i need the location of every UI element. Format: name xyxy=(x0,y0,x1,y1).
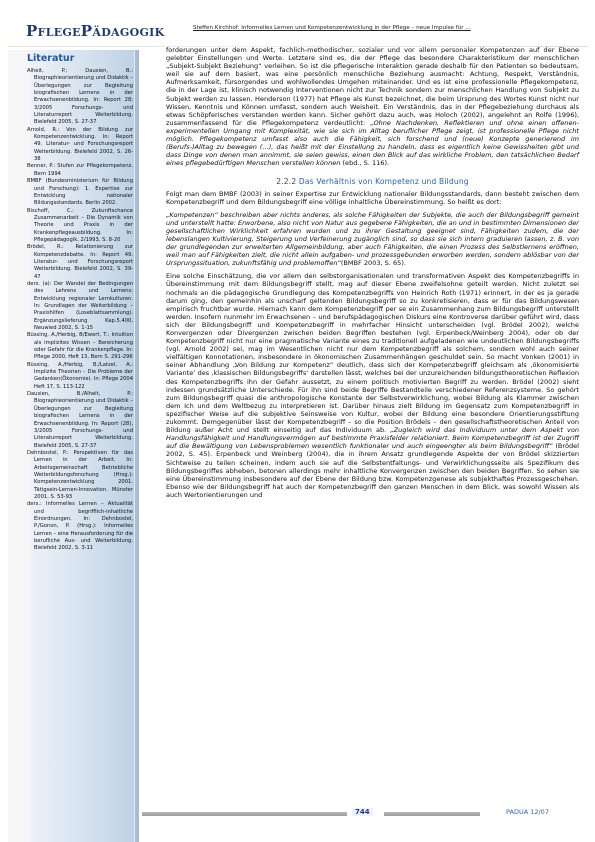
reference-item: Dehnbostel, P.: Perspektiven für das Ler… xyxy=(27,450,133,501)
reference-item: Alheit, P.; Dausien, B.: Biographieorien… xyxy=(27,68,133,127)
footer-rule-right xyxy=(384,812,480,816)
reference-item: ders.: Informelles Lernen – Aktualität u… xyxy=(27,501,133,552)
footer-rule-left xyxy=(142,812,347,816)
reference-item: Benner, P.: Stufen zur Pflegekompetenz. … xyxy=(27,163,133,178)
reference-item: Büssing, A./Herbig, B./Latzel, A.: Impli… xyxy=(27,362,133,391)
page-number: 744 xyxy=(352,808,373,816)
body-text: forderungen unter dem Aspekt, fachlich-m… xyxy=(166,46,579,127)
journal-logo: PflegePädagogik xyxy=(26,22,164,40)
body-paragraph: Eine solche Einschätzung, die vor allem … xyxy=(166,272,579,499)
section-number: 2.2.2 xyxy=(276,177,296,186)
reference-item: Bischoff, C.: Zukunftschance Zusammenarb… xyxy=(27,208,133,245)
body-text: (Brödel 2002, S. 45). Erpenbeck und Wein… xyxy=(166,442,579,499)
body-paragraph: Folgt man dem BMBF (2003) in seiner Expe… xyxy=(166,190,579,206)
reference-list: Alheit, P.; Dausien, B.: Biographieorien… xyxy=(27,68,133,553)
section-title: Das Verhältnis von Kompetenz und Bildung xyxy=(299,177,469,186)
reference-item: Arnold, R.: Von der Bildung zur Kompeten… xyxy=(27,127,133,164)
block-quote-paragraph: „Kompetenzen“ beschreiben aber nichts an… xyxy=(166,211,579,268)
reference-item: Brödel, R.: Relationierung zur Kompetenz… xyxy=(27,244,133,281)
citation: (ebd., S. 116). xyxy=(340,159,389,167)
reference-item: Büssing, A./Herbig, B/Ewert, T.: Intuiti… xyxy=(27,332,133,361)
running-head: Steffen Kirchhof: Informelles Lernen und… xyxy=(193,25,578,31)
main-text: forderungen unter dem Aspekt, fachlich-m… xyxy=(166,46,579,499)
reference-item: ders. (a): Der Wandel der Bedingungen de… xyxy=(27,281,133,332)
reference-item: BMBF (Bundesministerium für Bildung und … xyxy=(27,178,133,207)
body-text: Eine solche Einschätzung, die vor allem … xyxy=(166,272,579,434)
sidebar-edge xyxy=(134,50,139,842)
citation: (BMBF 2003, S. 65). xyxy=(341,259,406,267)
literature-heading: Literatur xyxy=(27,53,74,64)
journal-issue: PADUA 12/07 xyxy=(506,808,549,816)
section-heading: 2.2.2 Das Verhältnis von Kompetenz und B… xyxy=(166,178,579,186)
reference-item: Dausien, B./Alheit, P.: Biographieorient… xyxy=(27,391,133,450)
body-paragraph: forderungen unter dem Aspekt, fachlich-m… xyxy=(166,46,579,167)
